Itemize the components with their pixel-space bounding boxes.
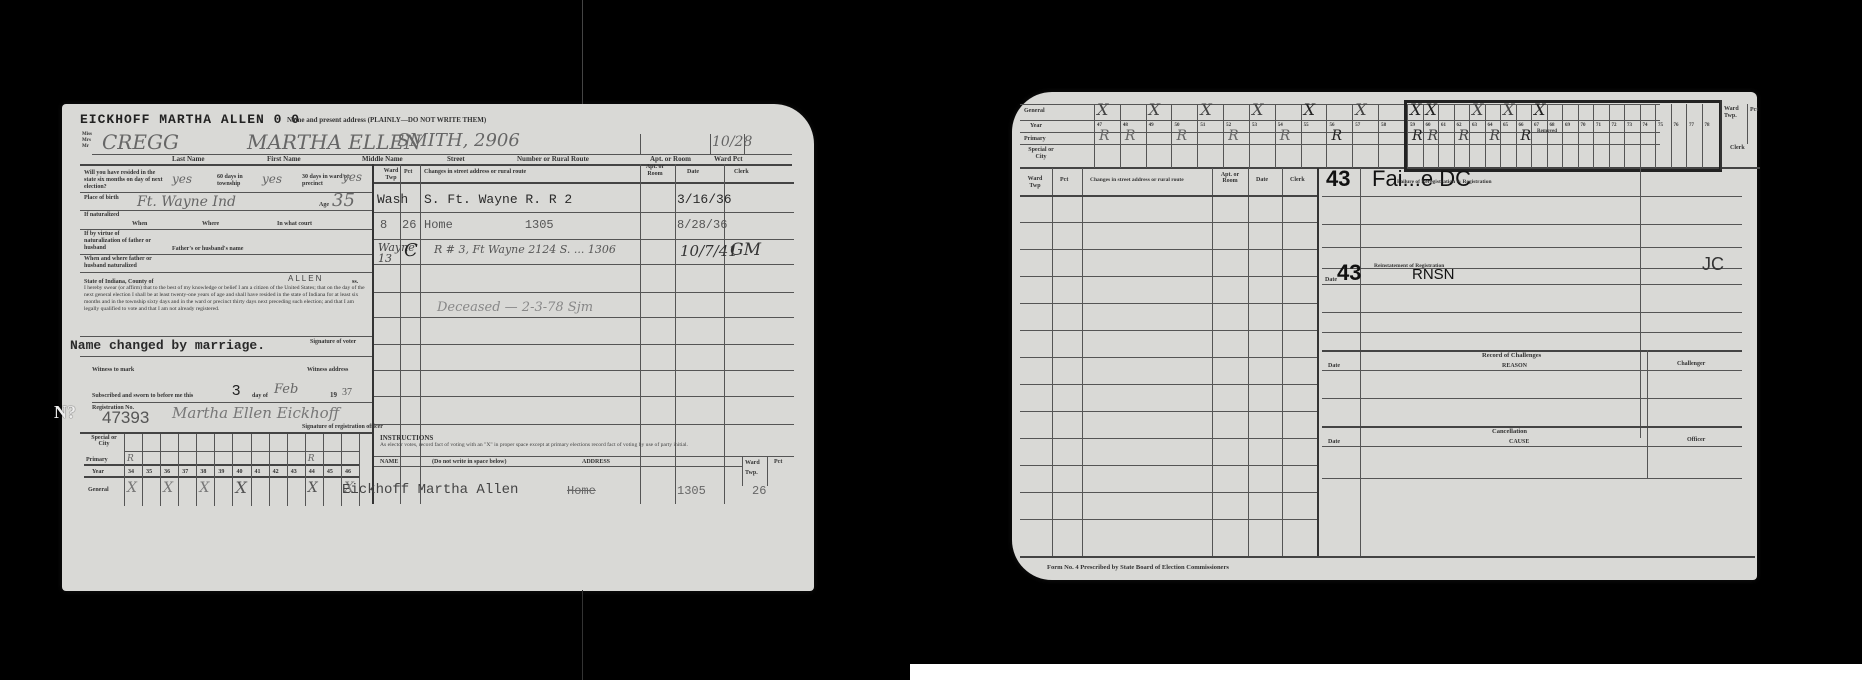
cancellation-date-label: Date <box>1328 438 1340 446</box>
label-what-court: In what court <box>277 220 312 228</box>
label-first-name: First Name <box>267 155 301 163</box>
r-grid-label-general: General <box>1024 107 1045 115</box>
label-day-of: day of <box>252 392 268 400</box>
change-row-2-pct: 26 <box>402 218 416 232</box>
change-row-1-date: 3/16/36 <box>677 192 732 207</box>
challenges-heading: Record of Challenges <box>1482 352 1541 360</box>
changes-header-apt: Apt. or Room <box>644 164 666 178</box>
label-signature-officer: Signature of registration officer <box>302 423 383 431</box>
label-days-township: 60 days in township <box>217 174 267 188</box>
change-row-deceased: Deceased — 2-3-78 Sjm <box>437 300 593 315</box>
bottom-typed-pct: 26 <box>752 484 766 498</box>
officer-signature: Martha Ellen Eickhoff <box>172 404 339 422</box>
label-where: Where <box>202 220 219 228</box>
label-by-virtue: If by virtue of naturalization of father… <box>84 231 154 252</box>
change-row-3-pct: C <box>404 240 418 261</box>
grid-label-general: General <box>88 486 109 494</box>
name-changed-note: Name changed by marriage. <box>70 338 265 353</box>
label-when: When <box>132 220 147 228</box>
street-value: SMITH, 2906 <box>397 130 520 151</box>
change-row-3-ward: Wayne 13 <box>378 242 400 264</box>
scan-artifact-line <box>582 590 583 680</box>
change-row-1-ward: Wash <box>377 192 408 207</box>
reinstate-stamp-right: JC <box>1702 254 1724 275</box>
challenges-reason-label: REASON <box>1502 362 1527 370</box>
label-subscribed: Subscribed and sworn to before me this <box>92 392 193 400</box>
changes-header-date: Date <box>687 168 699 176</box>
year-prefix: 19 <box>330 391 337 399</box>
failure-stamp-number: 43 <box>1326 166 1350 192</box>
challenges-date-label: Date <box>1328 362 1340 370</box>
changes-header-pct: Pct <box>404 168 412 176</box>
r-changes-header-apt: Apt. or Room <box>1214 172 1246 184</box>
r-changes-header-ward: Ward Twp <box>1022 176 1048 190</box>
punch-hole <box>40 444 56 460</box>
ward-pct-value: 10/28 <box>712 134 752 150</box>
label-ward-pct: Ward Pct <box>714 155 743 163</box>
label-fathers-name: Father's or husband's name <box>172 245 243 253</box>
r-grid-label-year: Year <box>1030 122 1042 130</box>
change-row-2-ward: 8 <box>380 218 387 232</box>
label-signature-voter: Signature of voter <box>310 338 356 346</box>
last-name-value: CREGG <box>102 130 179 154</box>
header-typed-name: EICKHOFF MARTHA ALLEN 0 0 <box>80 112 300 127</box>
resided-state-answer: yes <box>172 172 192 186</box>
change-row-3-address: R # 3, Ft Wayne 2124 S. ... 1306 <box>434 244 634 256</box>
r-ward-twp-label: Ward Twp. <box>1724 106 1744 120</box>
bottom-typed-address: Home <box>567 484 596 498</box>
oath-text: I hereby swear (or affirm) that to the b… <box>84 285 366 313</box>
label-witness-address: Witness address <box>307 366 348 374</box>
bottom-typed-name: Eickhoff Martha Allen <box>342 482 518 498</box>
header-instructions: Name and present address (PLAINLY—DO NOT… <box>287 116 486 124</box>
form-footer: Form No. 4 Prescribed by State Board of … <box>1047 564 1229 572</box>
cancellation-officer-label: Officer <box>1687 436 1705 444</box>
label-age: Age <box>319 201 329 209</box>
r-clerk-label: Clerk <box>1730 144 1745 152</box>
change-row-2-date: 8/28/36 <box>677 218 727 232</box>
r-changes-header-pct: Pct <box>1060 176 1068 184</box>
reinstate-date-label: Date <box>1325 276 1337 284</box>
label-place-of-birth: Place of birth <box>84 195 124 202</box>
r-grid-label-primary: Primary <box>1024 135 1046 143</box>
changes-header-clerk: Clerk <box>734 168 749 176</box>
change-row-2-address: Home 1305 <box>424 218 554 232</box>
r-removed-label: Removed <box>1537 128 1557 136</box>
oath-county: ALLEN <box>288 274 323 283</box>
label-apt: Apt. or Room <box>650 155 691 163</box>
label-street: Street <box>447 155 465 163</box>
label-ward-twp: Ward Twp. <box>745 458 765 478</box>
r-voting-grid-1: 47XR 48R 49X 50R 51X 52R 53X 54R 55X 56R… <box>1094 104 1404 168</box>
grid-label-special: Special or City <box>88 435 120 447</box>
challenges-challenger-label: Challenger <box>1677 360 1705 368</box>
changes-header-ward: Ward Twp <box>380 168 402 182</box>
left-voting-grid: 34RX 35 36X 37 38X 39 40X 41 42 43 44RX … <box>124 434 360 506</box>
place-of-birth-answer: Ft. Wayne Ind <box>137 194 236 210</box>
label-name: NAME <box>380 458 398 466</box>
label-witness-mark: Witness to mark <box>92 366 134 374</box>
reinstate-stamp-number: 43 <box>1337 260 1361 286</box>
grid-label-year: Year <box>92 468 104 476</box>
change-row-1-address: S. Ft. Wayne R. R 2 <box>424 192 572 207</box>
change-row-3-clerk: GM <box>730 240 761 260</box>
cancellation-heading: Cancellation <box>1492 428 1527 436</box>
r-changes-header-clerk: Clerk <box>1290 176 1305 184</box>
instructions-heading: INSTRUCTIONS <box>380 434 433 442</box>
registration-card-back: General Year Primary Special or City 47X… <box>1012 92 1757 580</box>
label-middle-name: Middle Name <box>362 155 403 163</box>
registration-number: 47393 <box>102 408 149 428</box>
registration-no-prefix: N? <box>54 402 76 423</box>
age-answer: 35 <box>332 190 355 211</box>
label-last-name: Last Name <box>172 155 204 163</box>
label-number: Number or Rural Route <box>517 155 589 163</box>
subscribed-year: 37 <box>342 387 352 398</box>
registration-card-front: EICKHOFF MARTHA ALLEN 0 0 Name and prese… <box>62 104 814 591</box>
label-dont-write: (Do not write in space below) <box>432 458 507 466</box>
r-changes-header-change: Changes in street address or rural route <box>1090 176 1184 184</box>
cancellation-cause-label: CAUSE <box>1509 438 1529 446</box>
bottom-white-bar <box>910 664 1862 680</box>
r-changes-header-date: Date <box>1256 176 1268 184</box>
failure-label: Failure of Reregistration & Registration <box>1397 178 1492 186</box>
days-ward-answer: yes <box>342 170 362 184</box>
bottom-typed-number: 1305 <box>677 484 706 498</box>
first-middle-name-value: MARTHA ELLEN <box>247 130 421 154</box>
scan-artifact-line <box>582 0 583 104</box>
reinstate-stamp-text: RNSN <box>1412 266 1455 283</box>
grid-label-primary: Primary <box>86 456 108 464</box>
r-grid-label-special: Special or City <box>1026 147 1056 161</box>
name-prefixes: MissMrsMr <box>82 132 92 150</box>
r-voting-grid-2: 59XR 60XR 61 62R 63X 64R 65X 66R 67X 68 … <box>1407 104 1717 168</box>
r-pct-label: Pct <box>1750 106 1758 114</box>
subscribed-month: Feb <box>274 382 298 397</box>
changes-header-change: Changes in street address or rural route <box>424 168 526 176</box>
instructions-text: As elector votes, record fact of voting … <box>380 442 790 449</box>
label-naturalized: If naturalized <box>84 212 119 219</box>
days-township-answer: yes <box>262 172 282 186</box>
label-address: ADDRESS <box>582 458 610 466</box>
subscribed-day: 3 <box>232 382 240 399</box>
label-pct: Pct <box>774 458 782 466</box>
label-when-where-father: When and where father or husband natural… <box>84 256 169 270</box>
label-resided-state: Will you have resided in the state six m… <box>84 170 164 191</box>
